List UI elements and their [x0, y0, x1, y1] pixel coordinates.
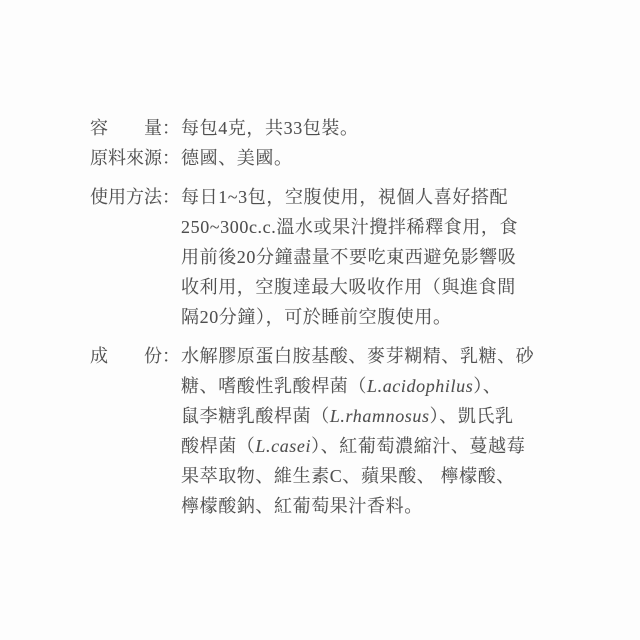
latin-species-name: L.casei: [255, 436, 311, 456]
text-segment: 檸檬酸鈉、紅葡萄果汁香料。: [181, 496, 423, 516]
spec-row-capacity: 容量 ： 每包4克，共33包裝。: [90, 113, 560, 143]
text-line: 檸檬酸鈉、紅葡萄果汁香料。: [181, 491, 560, 521]
text-segment: 收利用，空腹達最大吸收作用（與進食間: [181, 277, 516, 297]
label-char: 來: [126, 143, 144, 173]
spec-value-origin: 德國、美國。: [181, 143, 560, 173]
text-line: 水解膠原蛋白胺基酸、麥芽糊精、乳糖、砂: [181, 341, 560, 371]
latin-species-name: L.acidophilus: [367, 376, 473, 396]
text-segment: 250~300c.c.溫水或果汁攪拌稀釋食用，食: [181, 217, 518, 237]
spec-row-origin: 原料來源 ： 德國、美國。: [90, 143, 560, 173]
spec-value-usage: 每日1~3包，空腹使用，視個人喜好搭配250~300c.c.溫水或果汁攪拌稀釋食…: [181, 182, 560, 332]
text-line: 果萃取物、維生素C、蘋果酸、 檸檬酸、: [181, 461, 560, 491]
text-line: 每包4克，共33包裝。: [181, 113, 560, 143]
text-line: 隔20分鐘），可於睡前空腹使用。: [181, 302, 560, 332]
label-char: 原: [90, 143, 108, 173]
text-segment: 每日1~3包，空腹使用，視個人喜好搭配: [181, 187, 508, 207]
text-line: 每日1~3包，空腹使用，視個人喜好搭配: [181, 182, 560, 212]
text-segment: 水解膠原蛋白胺基酸、麥芽糊精、乳糖、砂: [181, 346, 534, 366]
spec-colon: ：: [162, 341, 181, 371]
text-segment: ）、: [473, 376, 501, 396]
spec-value-ingredients: 水解膠原蛋白胺基酸、麥芽糊精、乳糖、砂糖、嗜酸性乳酸桿菌（L.acidophil…: [181, 341, 560, 521]
text-line: 250~300c.c.溫水或果汁攪拌稀釋食用，食: [181, 212, 560, 242]
text-segment: 隔20分鐘），可於睡前空腹使用。: [181, 307, 452, 327]
spec-colon: ：: [162, 113, 181, 143]
label-char: 方: [126, 182, 144, 212]
spec-colon: ：: [162, 182, 181, 212]
label-char: 源: [144, 143, 162, 173]
text-segment: 果萃取物、維生素C、蘋果酸、 檸檬酸、: [181, 466, 515, 486]
text-segment: ）、紅葡萄濃縮汁、蔓越莓: [311, 436, 525, 456]
text-segment: 鼠李糖乳酸桿菌（: [181, 406, 330, 426]
text-line: 用前後20分鐘盡量不要吃東西避免影響吸: [181, 242, 560, 272]
spec-colon: ：: [162, 143, 181, 173]
text-segment: 每包4克，共33包裝。: [181, 118, 359, 138]
text-segment: 糖、嗜酸性乳酸桿菌（: [181, 376, 367, 396]
label-char: 用: [108, 182, 126, 212]
text-segment: 酸桿菌（: [181, 436, 255, 456]
product-info-page: 容量 ： 每包4克，共33包裝。 原料來源 ： 德國、美國。 使用方法 ： 每日…: [0, 0, 640, 640]
label-char: 使: [90, 182, 108, 212]
spec-row-ingredients: 成份 ： 水解膠原蛋白胺基酸、麥芽糊精、乳糖、砂糖、嗜酸性乳酸桿菌（L.acid…: [90, 341, 560, 521]
spec-value-capacity: 每包4克，共33包裝。: [181, 113, 560, 143]
text-segment: ）、凱氏乳: [430, 406, 514, 426]
label-char: 料: [108, 143, 126, 173]
spec-label-ingredients: 成份: [90, 341, 162, 371]
latin-species-name: L.rhamnosus: [330, 406, 430, 426]
spec-label-usage: 使用方法: [90, 182, 162, 212]
text-line: 德國、美國。: [181, 143, 560, 173]
text-line: 鼠李糖乳酸桿菌（L.rhamnosus）、凱氏乳: [181, 401, 560, 431]
text-line: 收利用，空腹達最大吸收作用（與進食間: [181, 272, 560, 302]
label-char: 量: [144, 113, 162, 143]
text-line: 糖、嗜酸性乳酸桿菌（L.acidophilus）、: [181, 371, 560, 401]
spec-label-origin: 原料來源: [90, 143, 162, 173]
text-line: 酸桿菌（L.casei）、紅葡萄濃縮汁、蔓越莓: [181, 431, 560, 461]
text-segment: 德國、美國。: [181, 148, 293, 168]
spec-label-capacity: 容量: [90, 113, 162, 143]
label-char: 法: [144, 182, 162, 212]
label-char: 成: [90, 341, 108, 371]
spec-row-usage: 使用方法 ： 每日1~3包，空腹使用，視個人喜好搭配250~300c.c.溫水或…: [90, 182, 560, 332]
text-segment: 用前後20分鐘盡量不要吃東西避免影響吸: [181, 247, 516, 267]
label-char: 容: [90, 113, 108, 143]
product-spec-document: 容量 ： 每包4克，共33包裝。 原料來源 ： 德國、美國。 使用方法 ： 每日…: [90, 113, 560, 521]
label-char: 份: [144, 341, 162, 371]
